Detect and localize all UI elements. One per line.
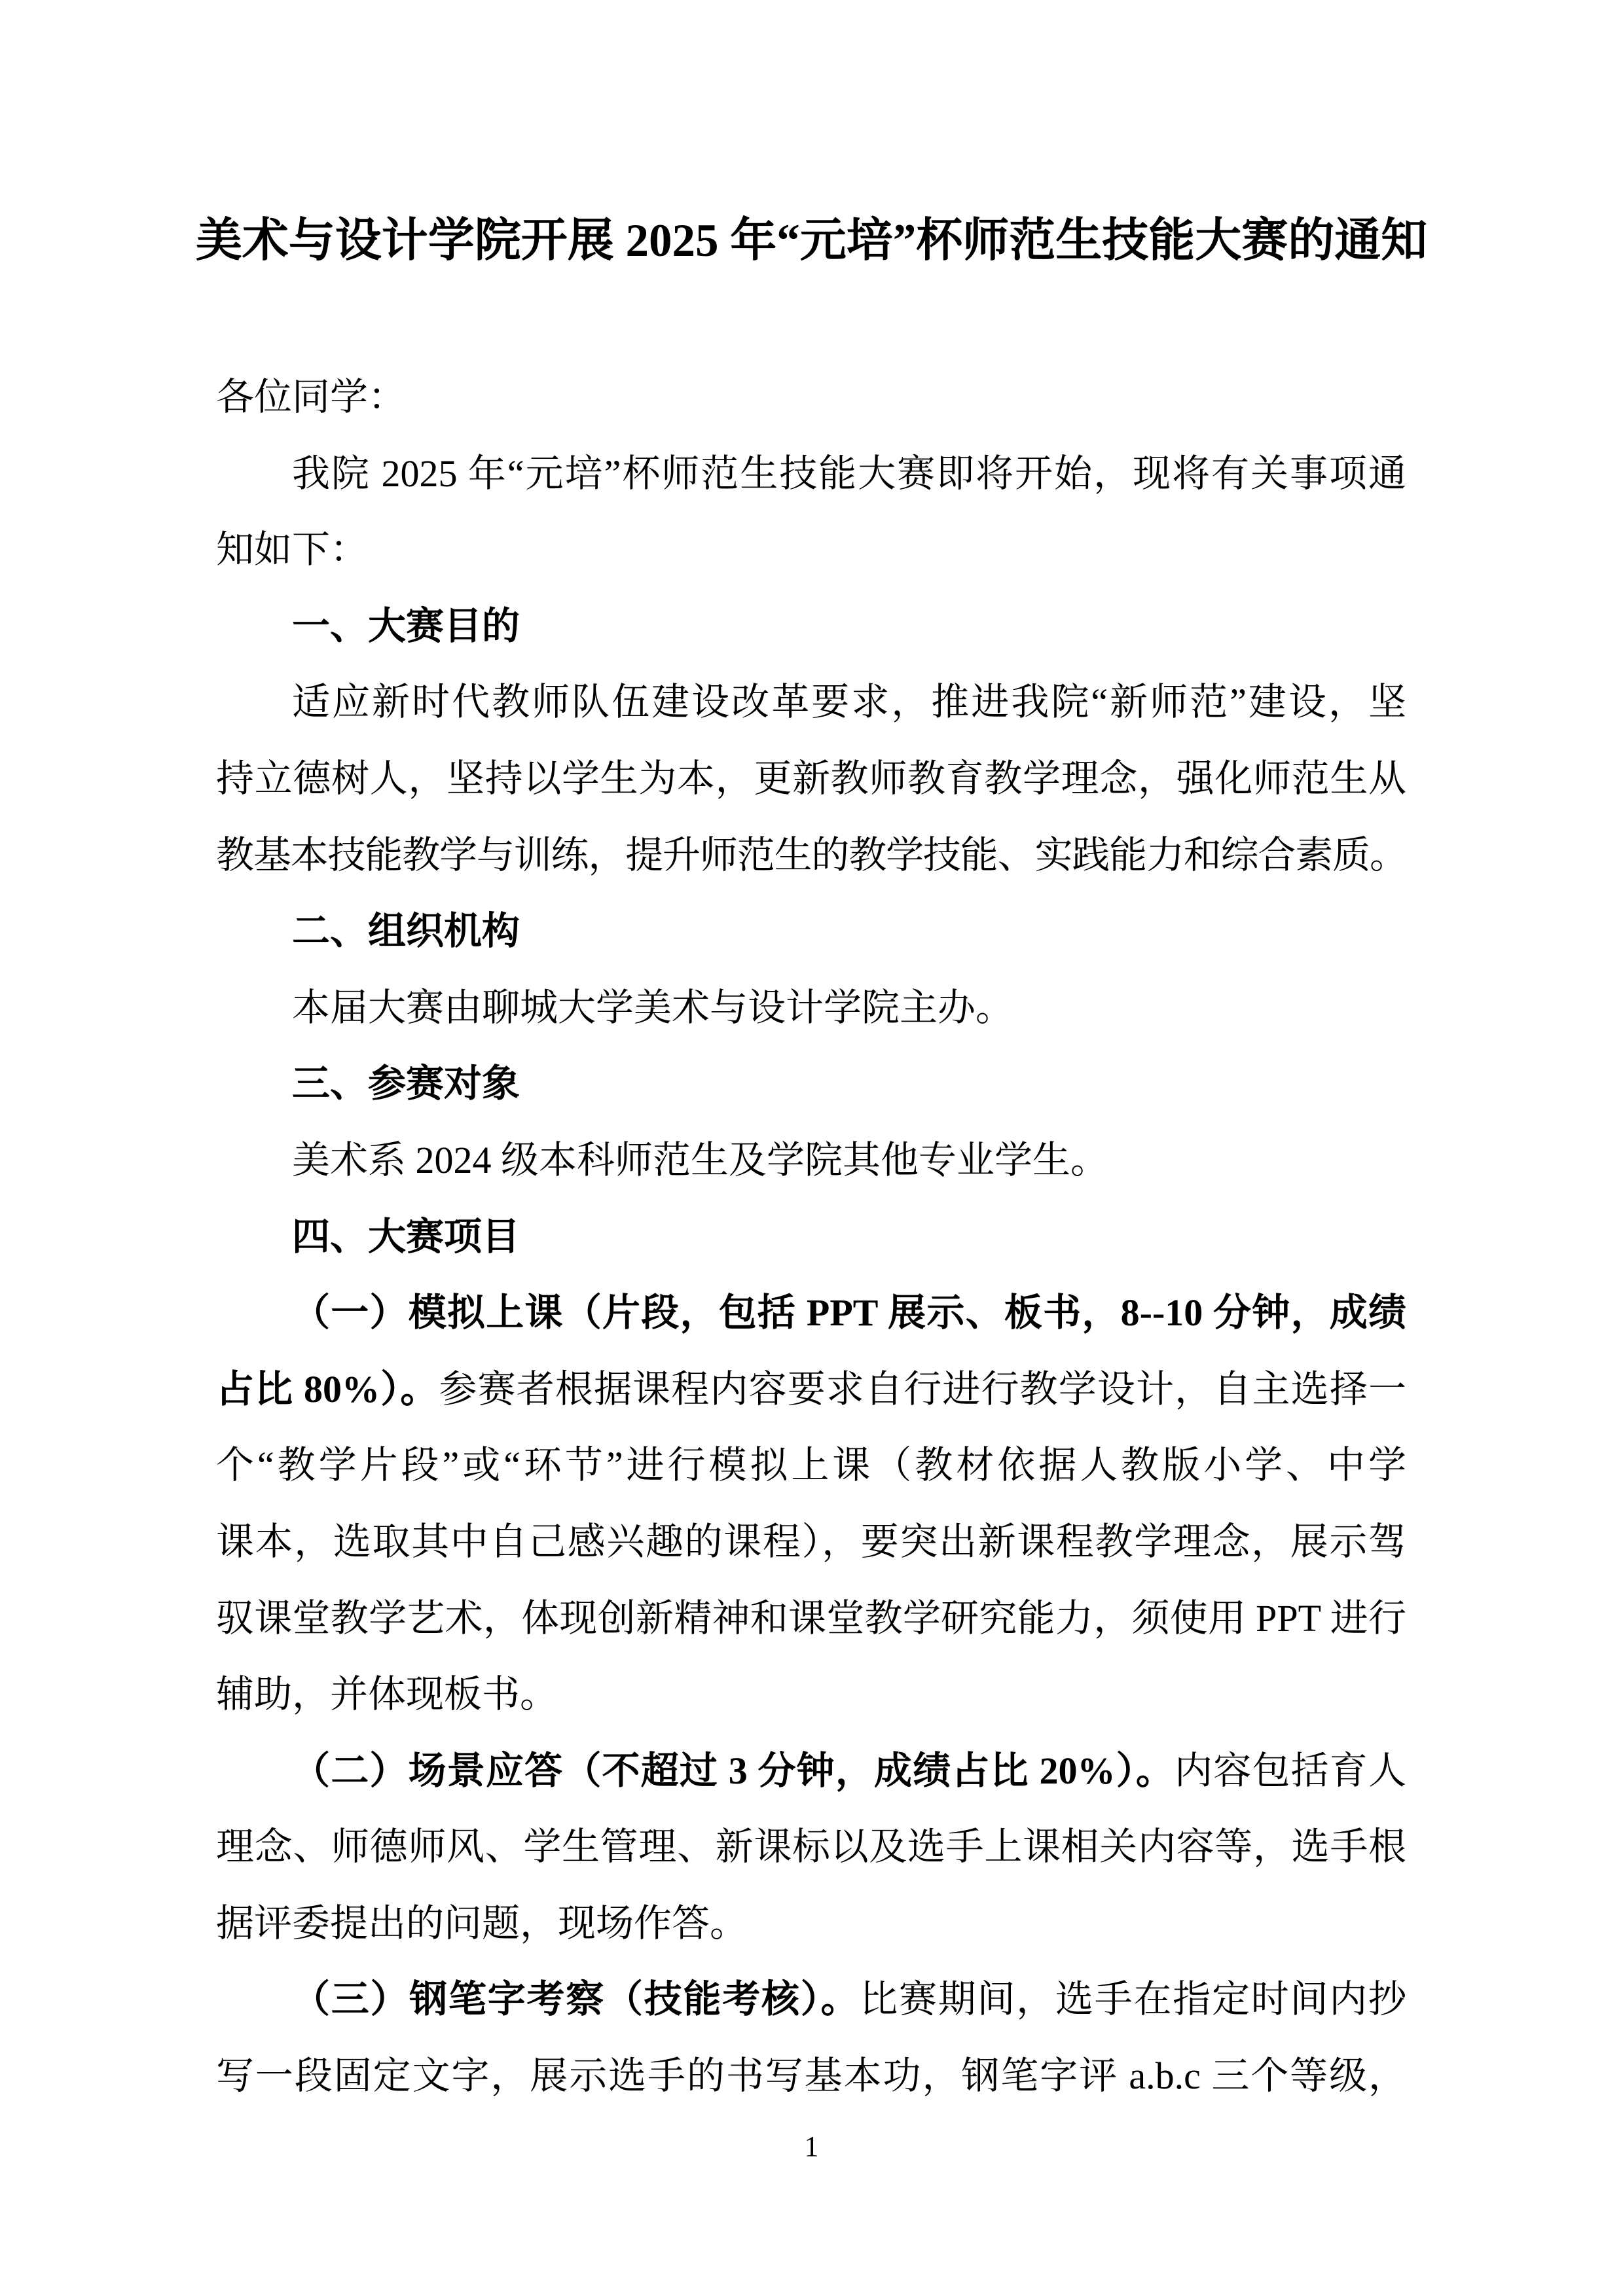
document-line: 各位同学： [216, 359, 1406, 436]
text-segment: 知如下： [216, 528, 368, 571]
page-number: 1 [0, 2128, 1623, 2165]
document-line: 辅助，并体现板书。 [216, 1657, 1406, 1733]
document-line: 教基本技能教学与训练，提升师范生的教学技能、实践能力和综合素质。 [216, 817, 1406, 894]
text-segment: 比赛期间，选手在指定时间内抄 [860, 1978, 1406, 2020]
bold-text-segment: （二）场景应答（不超过 3 分钟，成绩占比 20%）。 [292, 1749, 1175, 1792]
document-line: 二、组织机构 [216, 893, 1406, 970]
bold-text-segment: 一、大赛目的 [292, 605, 520, 647]
text-segment: 持立德树人，坚持以学生为本，更新教师教育教学理念，强化师范生从 [216, 757, 1406, 800]
document-line: （二）场景应答（不超过 3 分钟，成绩占比 20%）。内容包括育人 [216, 1733, 1406, 1810]
text-segment: 美术系 2024 级本科师范生及学院其他专业学生。 [292, 1139, 1108, 1181]
document-line: 我院 2025 年“元培”杯师范生技能大赛即将开始，现将有关事项通 [216, 436, 1406, 512]
bold-text-segment: （三）钢笔字考察（技能考核）。 [292, 1978, 860, 2020]
document-title: 美术与设计学院开展 2025 年“元培”杯师范生技能大赛的通知 [190, 213, 1433, 268]
bold-text-segment: 占比 80%）。 [216, 1368, 439, 1410]
document-line: 三、参赛对象 [216, 1046, 1406, 1122]
document-line: 据评委提出的问题，现场作答。 [216, 1886, 1406, 1962]
document-line: 一、大赛目的 [216, 588, 1406, 665]
text-segment: 个“教学片段”或“环节”进行模拟上课（教材依据人教版小学、中学 [216, 1444, 1406, 1486]
document-line: 个“教学片段”或“环节”进行模拟上课（教材依据人教版小学、中学 [216, 1427, 1406, 1504]
document-line: 占比 80%）。参赛者根据课程内容要求自行进行教学设计，自主选择一 [216, 1352, 1406, 1428]
text-segment: 各位同学： [216, 376, 406, 418]
document-line: 本届大赛由聊城大学美术与设计学院主办。 [216, 970, 1406, 1047]
document-line: 四、大赛项目 [216, 1199, 1406, 1276]
text-segment: 据评委提出的问题，现场作答。 [216, 1902, 748, 1945]
text-segment: 参赛者根据课程内容要求自行进行教学设计，自主选择一 [439, 1368, 1406, 1410]
text-segment: 适应新时代教师队伍建设改革要求，推进我院“新师范”建设，坚 [292, 681, 1406, 723]
bold-text-segment: 二、组织机构 [292, 910, 520, 952]
document-page: 美术与设计学院开展 2025 年“元培”杯师范生技能大赛的通知 各位同学：我院 … [0, 0, 1623, 2296]
text-segment: 驭课堂教学艺术，体现创新精神和课堂教学研究能力，须使用 PPT 进行 [216, 1597, 1406, 1640]
document-line: 美术系 2024 级本科师范生及学院其他专业学生。 [216, 1122, 1406, 1199]
text-segment: 课本，选取其中自己感兴趣的课程），要突出新课程教学理念，展示驾 [216, 1520, 1406, 1563]
document-line: 课本，选取其中自己感兴趣的课程），要突出新课程教学理念，展示驾 [216, 1504, 1406, 1581]
text-segment: 本届大赛由聊城大学美术与设计学院主办。 [292, 986, 1013, 1029]
document-line: （一）模拟上课（片段，包括 PPT 展示、板书，8--10 分钟，成绩 [216, 1275, 1406, 1352]
text-segment: 教基本技能教学与训练，提升师范生的教学技能、实践能力和综合素质。 [216, 834, 1406, 876]
document-line: 持立德树人，坚持以学生为本，更新教师教育教学理念，强化师范生从 [216, 741, 1406, 817]
text-segment: 写一段固定文字，展示选手的书写基本功，钢笔字评 a.b.c 三个等级， [216, 2054, 1406, 2097]
text-segment: 辅助，并体现板书。 [216, 1673, 558, 1715]
bold-text-segment: 四、大赛项目 [292, 1215, 520, 1258]
document-line: 理念、师德师风、学生管理、新课标以及选手上课相关内容等，选手根 [216, 1809, 1406, 1886]
document-line: （三）钢笔字考察（技能考核）。比赛期间，选手在指定时间内抄 [216, 1962, 1406, 2038]
text-segment: 理念、师德师风、学生管理、新课标以及选手上课相关内容等，选手根 [216, 1825, 1406, 1868]
bold-text-segment: （一）模拟上课（片段，包括 PPT 展示、板书，8--10 分钟，成绩 [292, 1291, 1406, 1334]
document-line: 适应新时代教师队伍建设改革要求，推进我院“新师范”建设，坚 [216, 664, 1406, 741]
text-segment: 内容包括育人 [1175, 1749, 1406, 1792]
text-segment: 我院 2025 年“元培”杯师范生技能大赛即将开始，现将有关事项通 [292, 452, 1406, 495]
document-line: 驭课堂教学艺术，体现创新精神和课堂教学研究能力，须使用 PPT 进行 [216, 1581, 1406, 1657]
document-line: 写一段固定文字，展示选手的书写基本功，钢笔字评 a.b.c 三个等级， [216, 2038, 1406, 2115]
bold-text-segment: 三、参赛对象 [292, 1062, 520, 1105]
document-line: 知如下： [216, 512, 1406, 588]
document-body: 各位同学：我院 2025 年“元培”杯师范生技能大赛即将开始，现将有关事项通知如… [216, 359, 1406, 2115]
